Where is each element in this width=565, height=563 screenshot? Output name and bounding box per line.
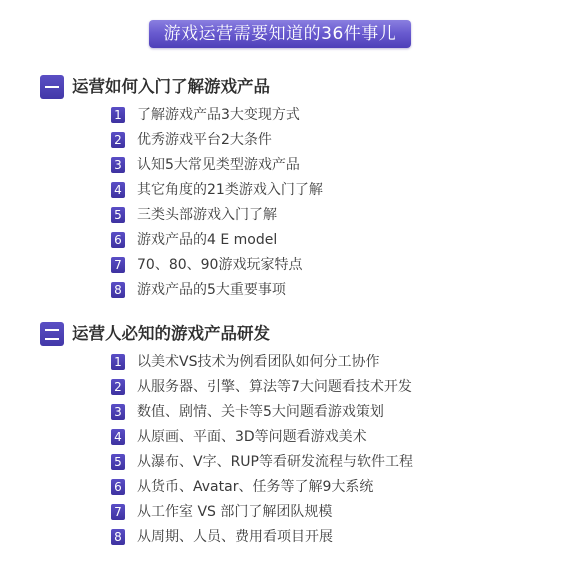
item-text: 以美术VS技术为例看团队如何分工协作	[137, 352, 379, 372]
item-number-badge: 2	[111, 379, 125, 395]
item-number-badge: 6	[111, 479, 125, 495]
item-text: 了解游戏产品3大变现方式	[137, 105, 300, 125]
item-number-badge: 8	[111, 282, 125, 298]
item-text: 三类头部游戏入门了解	[137, 205, 277, 225]
section-header: 运营如何入门了解游戏产品	[40, 75, 540, 101]
item-text: 从服务器、引擎、算法等7大问题看技术开发	[137, 377, 412, 397]
item-text: 认知5大常见类型游戏产品	[137, 155, 300, 175]
item-number-badge: 3	[111, 404, 125, 420]
item-number-badge: 1	[111, 107, 125, 123]
item-text: 从原画、平面、3D等问题看游戏美术	[137, 427, 367, 447]
section-title: 运营人必知的游戏产品研发	[72, 322, 270, 346]
item-number-badge: 7	[111, 257, 125, 273]
item-text: 优秀游戏平台2大条件	[137, 130, 272, 150]
item-number-badge: 4	[111, 182, 125, 198]
item-number-badge: 8	[111, 529, 125, 545]
item-text: 游戏产品的4 E model	[137, 230, 277, 250]
item-number-badge: 5	[111, 454, 125, 470]
item-text: 70、80、90游戏玩家特点	[137, 255, 302, 275]
item-number-badge: 5	[111, 207, 125, 223]
item-text: 从工作室 VS 部门了解团队规模	[137, 502, 332, 522]
item-number-badge: 3	[111, 157, 125, 173]
item-number-badge: 2	[111, 132, 125, 148]
section-2: 运营人必知的游戏产品研发 1 以美术VS技术为例看团队如何分工协作 2 从服务器…	[40, 322, 540, 348]
section-number-two-icon	[40, 322, 64, 346]
item-number-badge: 6	[111, 232, 125, 248]
item-number-badge: 1	[111, 354, 125, 370]
item-number-badge: 7	[111, 504, 125, 520]
item-text: 从货币、Avatar、任务等了解9大系统	[137, 477, 373, 497]
item-text: 数值、剧情、关卡等5大问题看游戏策划	[137, 402, 384, 422]
item-text: 从周期、人员、费用看项目开展	[137, 527, 333, 547]
item-text: 从瀑布、V字、RUP等看研发流程与软件工程	[137, 452, 413, 472]
page-title-banner: 游戏运营需要知道的36件事儿	[149, 20, 411, 48]
item-number-badge: 4	[111, 429, 125, 445]
section-number-one-icon	[40, 75, 64, 99]
item-text: 游戏产品的5大重要事项	[137, 280, 286, 300]
section-1: 运营如何入门了解游戏产品 1 了解游戏产品3大变现方式 2 优秀游戏平台2大条件…	[40, 75, 540, 101]
section-header: 运营人必知的游戏产品研发	[40, 322, 540, 348]
section-title: 运营如何入门了解游戏产品	[72, 75, 270, 99]
item-text: 其它角度的21类游戏入门了解	[137, 180, 323, 200]
